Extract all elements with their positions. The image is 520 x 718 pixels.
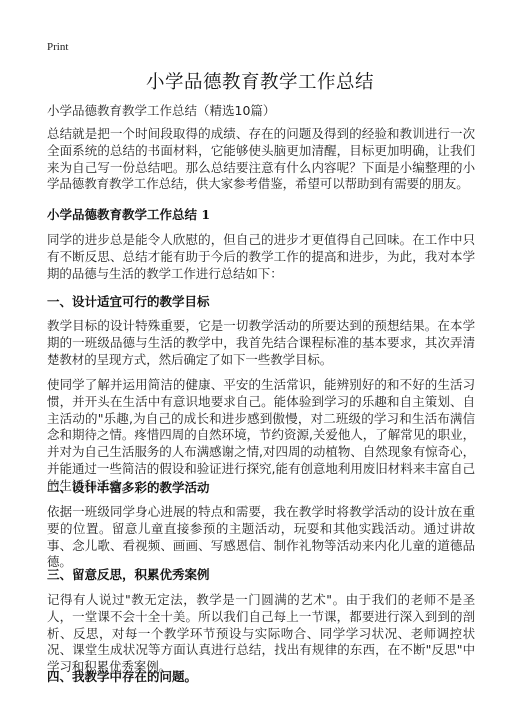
section-heading-1: 一、设计适宜可行的教学目标 bbox=[47, 292, 475, 310]
document-title: 小学品德教育教学工作总结 bbox=[0, 68, 520, 94]
section-heading-2: 二、设计丰富多彩的教学活动 bbox=[47, 478, 475, 496]
section-2-paragraph-1: 依据一班级同学身心进展的特点和需要，我在教学时将教学活动的设计放在重要的位置。留… bbox=[47, 504, 475, 571]
section-1-paragraph-1: 教学目标的设计特殊重要，它是一切教学活动的所要达到的预想结果。在本学期的一班级品… bbox=[47, 318, 475, 368]
print-label: Print bbox=[47, 41, 68, 53]
document-subtitle: 小学品德教育教学工作总结（精选10篇） bbox=[47, 101, 275, 119]
section-heading-3: 三、留意反思，积累优秀案例 bbox=[47, 565, 475, 583]
section-3-paragraph-1: 记得有人说过"教无定法，教学是一门圆满的艺术"。由于我们的老师不是圣人，一堂课不… bbox=[47, 592, 475, 676]
article-heading: 小学品德教育教学工作总结 1 bbox=[47, 205, 475, 223]
section-heading-4: 四、我教学中存在的问题。 bbox=[47, 667, 475, 685]
intro-paragraph: 总结就是把一个时间段取得的成绩、存在的问题及得到的经验和教训进行一次全面系统的总… bbox=[47, 126, 475, 193]
article-intro-paragraph: 同学的进步总是能令人欣慰的，但自己的进步才更值得自己回味。在工作中只有不断反思、… bbox=[47, 232, 475, 282]
section-1-paragraph-2: 使同学了解并运用简洁的健康、平安的生活常识，能辨别好的和不好的生活习惯，并开头在… bbox=[47, 377, 475, 495]
